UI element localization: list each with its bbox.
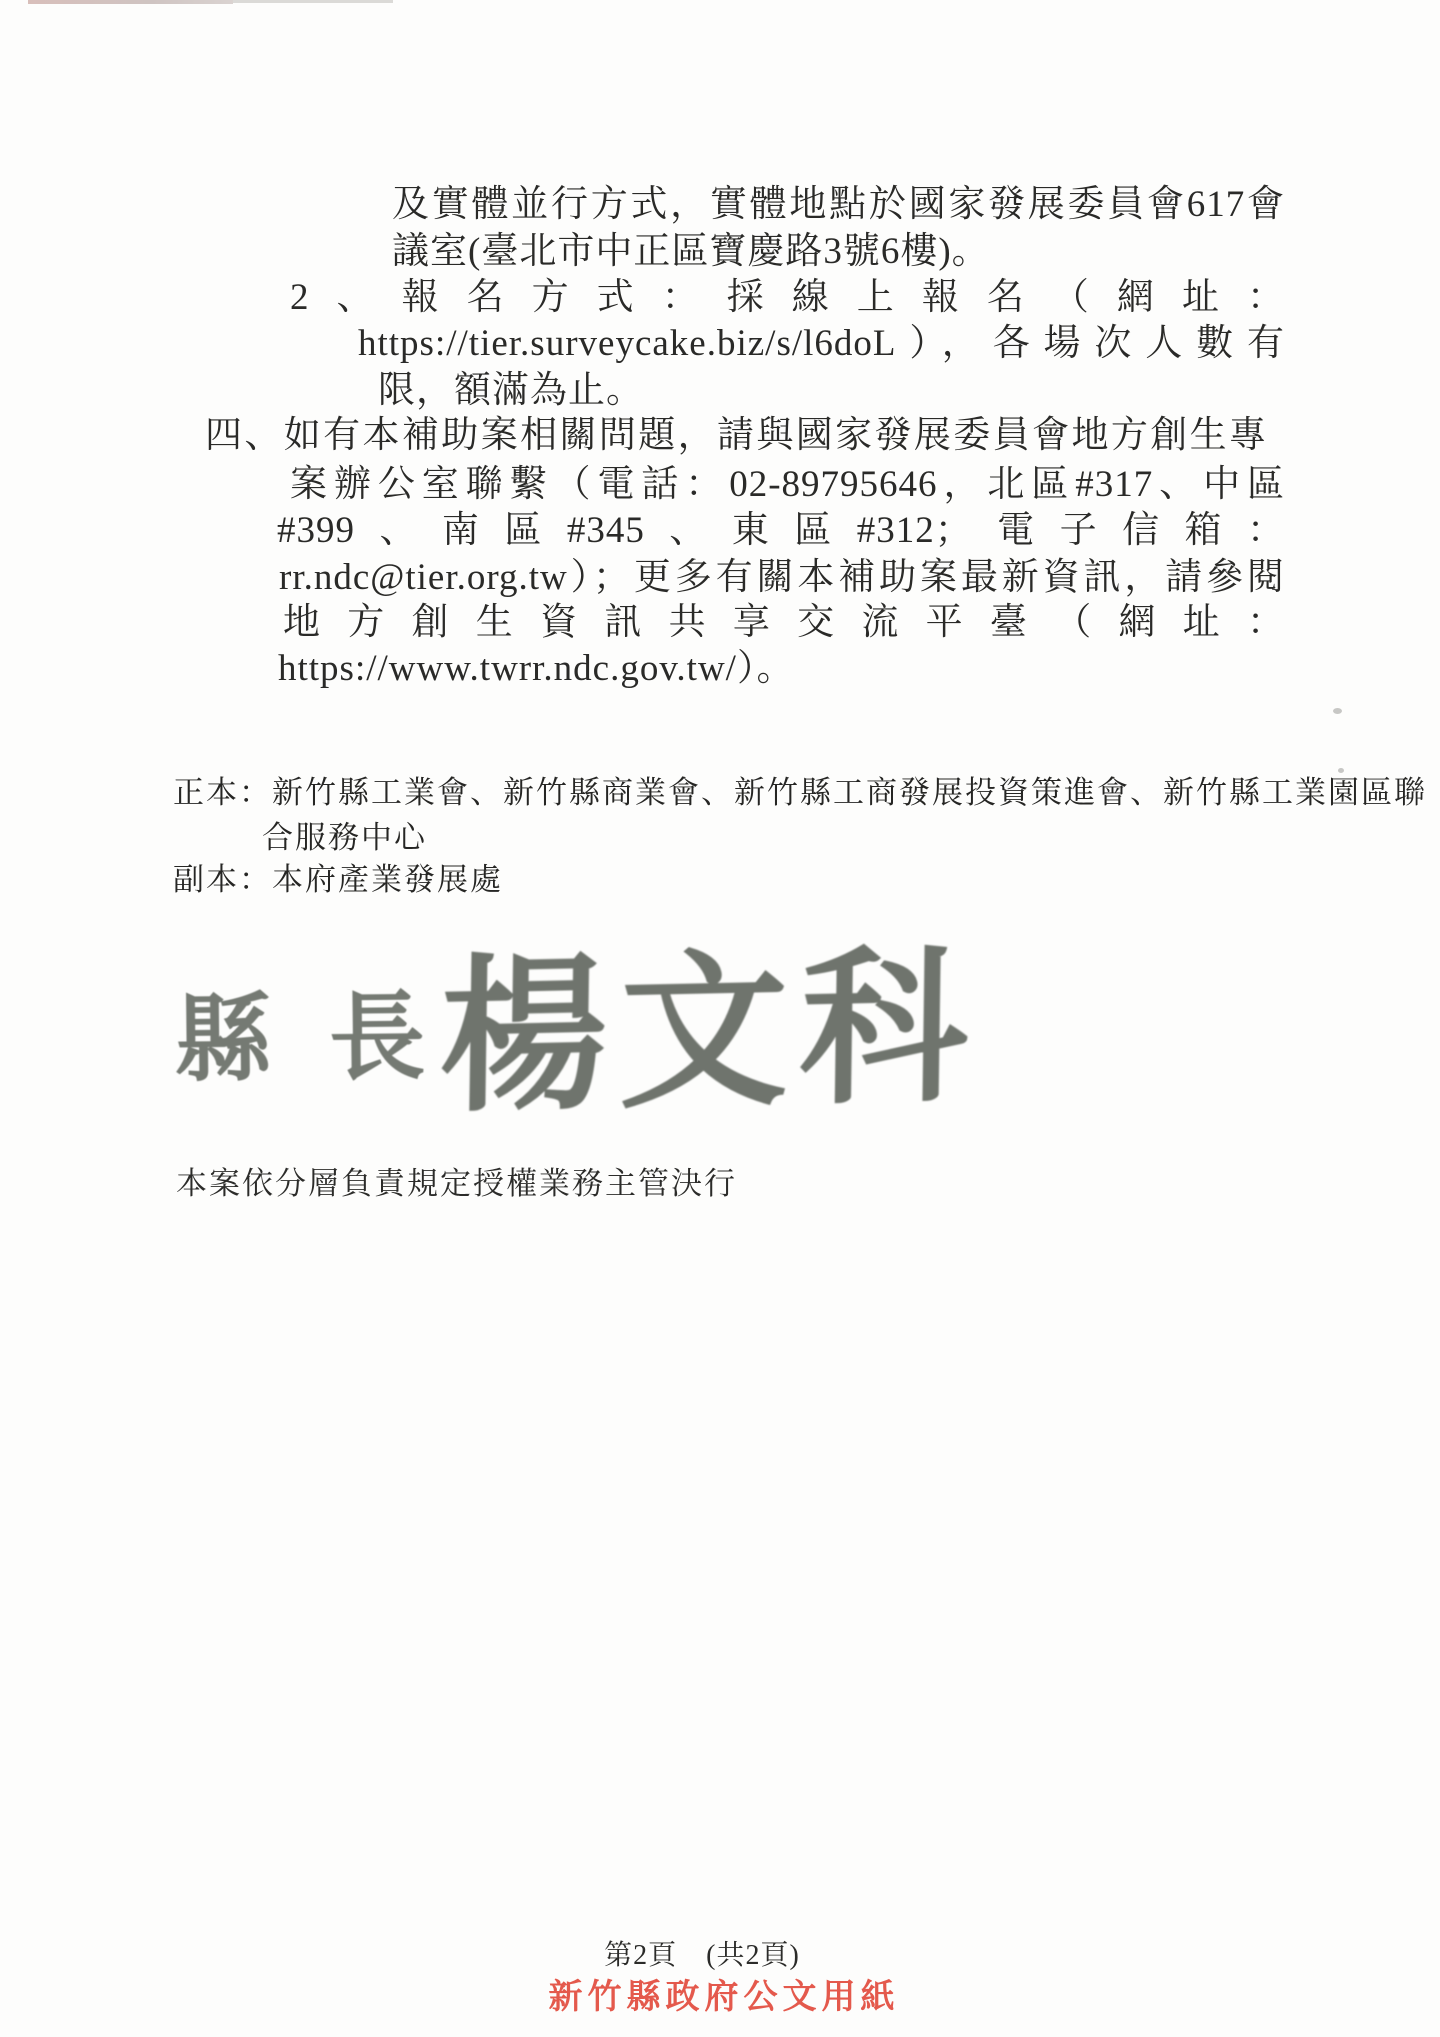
scan-edge-artifact: [233, 0, 393, 3]
body-line: 議室(臺北市中正區寶慶路3號6樓)。: [392, 230, 990, 274]
body-line-extensions: #399、南區#345、東區#312；電子信箱：: [277, 509, 1285, 553]
body-line-platform-url: https://www.twrr.ndc.gov.tw/）。: [278, 647, 794, 691]
body-line-email: rr.ndc@tier.org.tw）；更多有關本補助案最新資訊，請參閱: [279, 556, 1285, 600]
scan-speck-artifact: [1333, 708, 1342, 714]
recipient-original-line2: 合服務中心: [262, 818, 427, 858]
scan-edge-artifact: [28, 0, 233, 4]
body-line-signup-url: https://tier.surveycake.biz/s/l6doL），各場次…: [358, 322, 1285, 366]
footer-paper-name: 新竹縣政府公文用紙: [4, 1969, 1440, 2018]
delegation-note: 本案依分層負責規定授權業務主管決行: [176, 1158, 737, 1203]
body-line: 案辦公室聯繫（電話：02-89795646，北區#317、中區: [290, 463, 1285, 507]
recipient-original-line1: 正本：新竹縣工業會、新竹縣商業會、新竹縣工商發展投資策進會、新竹縣工業園區聯: [173, 773, 1427, 813]
scanned-document-page: 及實體並行方式，實體地點於國家發展委員會617會 議室(臺北市中正區寶慶路3號6…: [0, 0, 1440, 2037]
body-line: 及實體並行方式，實體地點於國家發展委員會617會: [392, 183, 1285, 227]
signature-title-magistrate: 縣長: [174, 960, 483, 1100]
body-line: 地方創生資訊共享交流平臺（網址：: [283, 601, 1285, 645]
body-line-item-2: 2、報名方式：採線上報名（網址：: [290, 276, 1285, 320]
signature-name-calligraphy: 楊文科: [438, 892, 981, 1144]
recipient-copy-line: 副本：本府產業發展處: [173, 860, 503, 900]
body-line-item-4: 四、如有本補助案相關問題，請與國家發展委員會地方創生專: [205, 414, 1267, 458]
body-line: 限，額滿為止。: [378, 369, 644, 413]
footer-page-number: 第2頁 (共2頁): [0, 1933, 1422, 1973]
